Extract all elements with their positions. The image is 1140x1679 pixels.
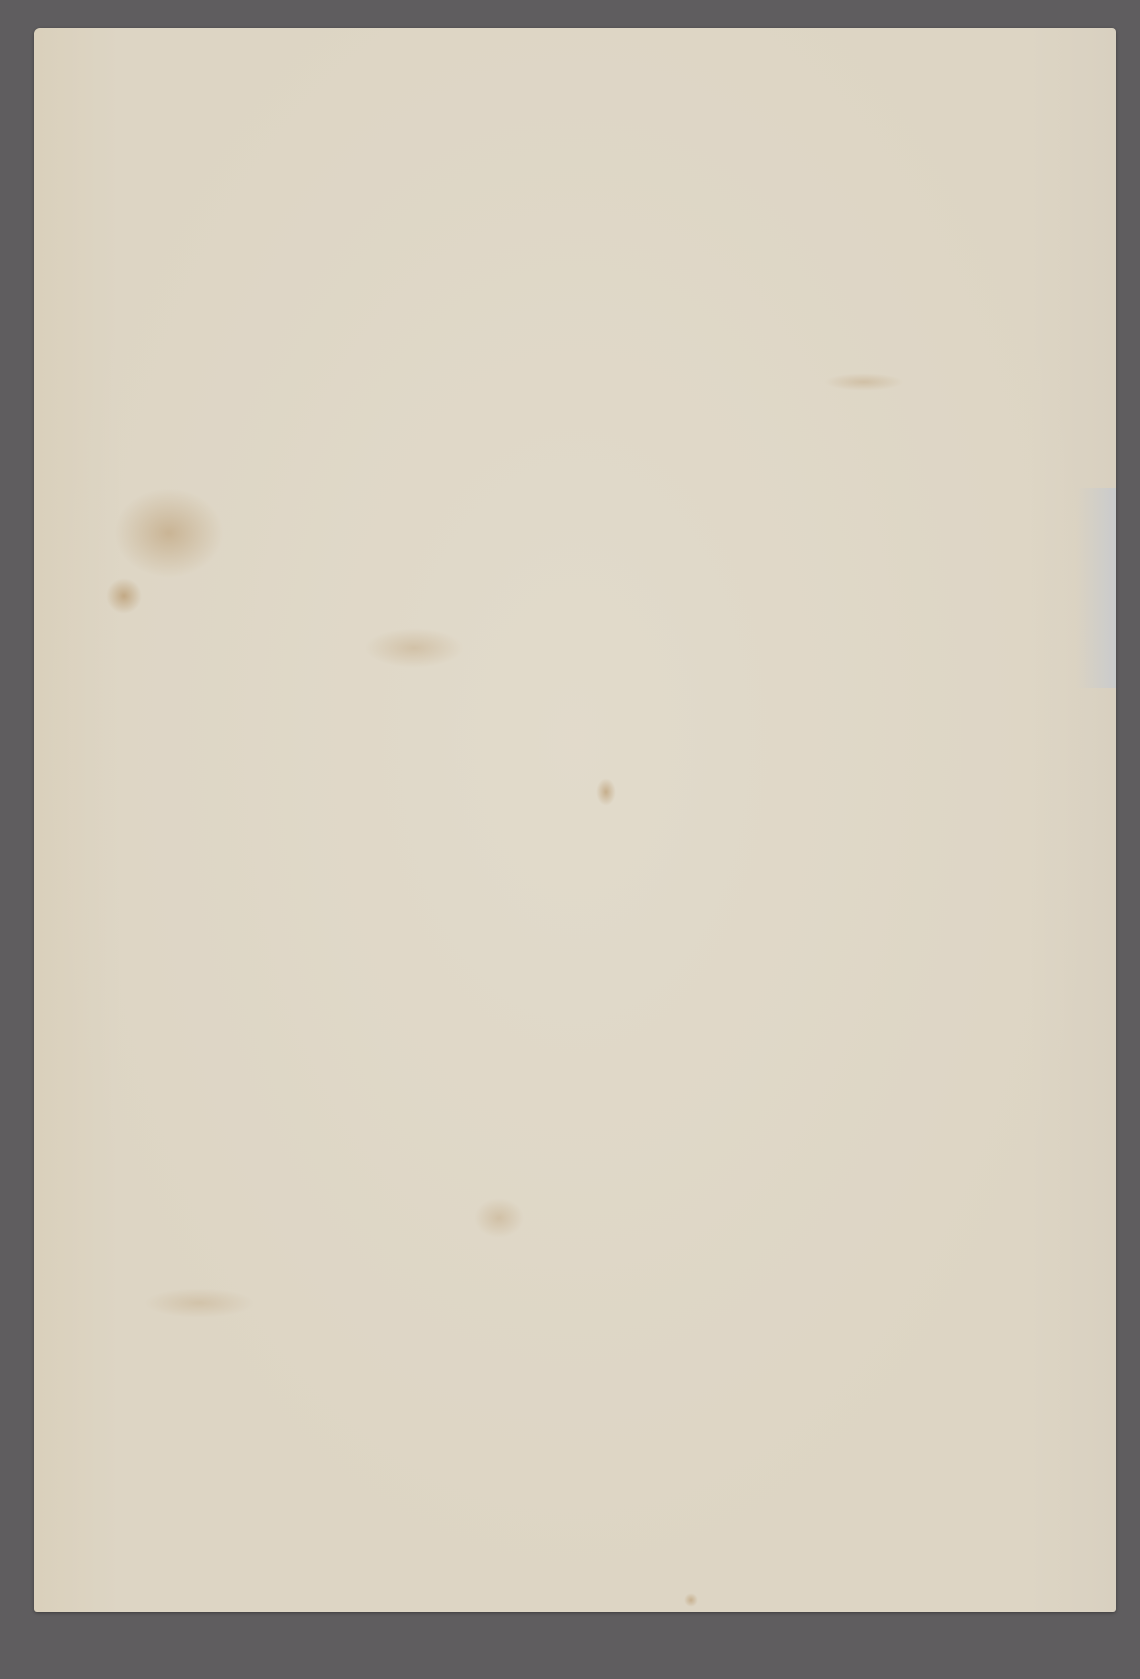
foxing-cluster bbox=[114, 488, 224, 578]
lower-spot bbox=[474, 1198, 524, 1238]
round-spot bbox=[106, 578, 142, 614]
upper-middle-spot bbox=[364, 628, 464, 668]
edge-tint bbox=[1076, 488, 1116, 688]
center-spot bbox=[596, 778, 616, 806]
lower-left-smudge bbox=[144, 1288, 254, 1318]
aged-paper-card bbox=[34, 28, 1116, 1612]
upper-right-streak bbox=[824, 373, 904, 391]
bottom-edge-spot bbox=[684, 1593, 698, 1607]
